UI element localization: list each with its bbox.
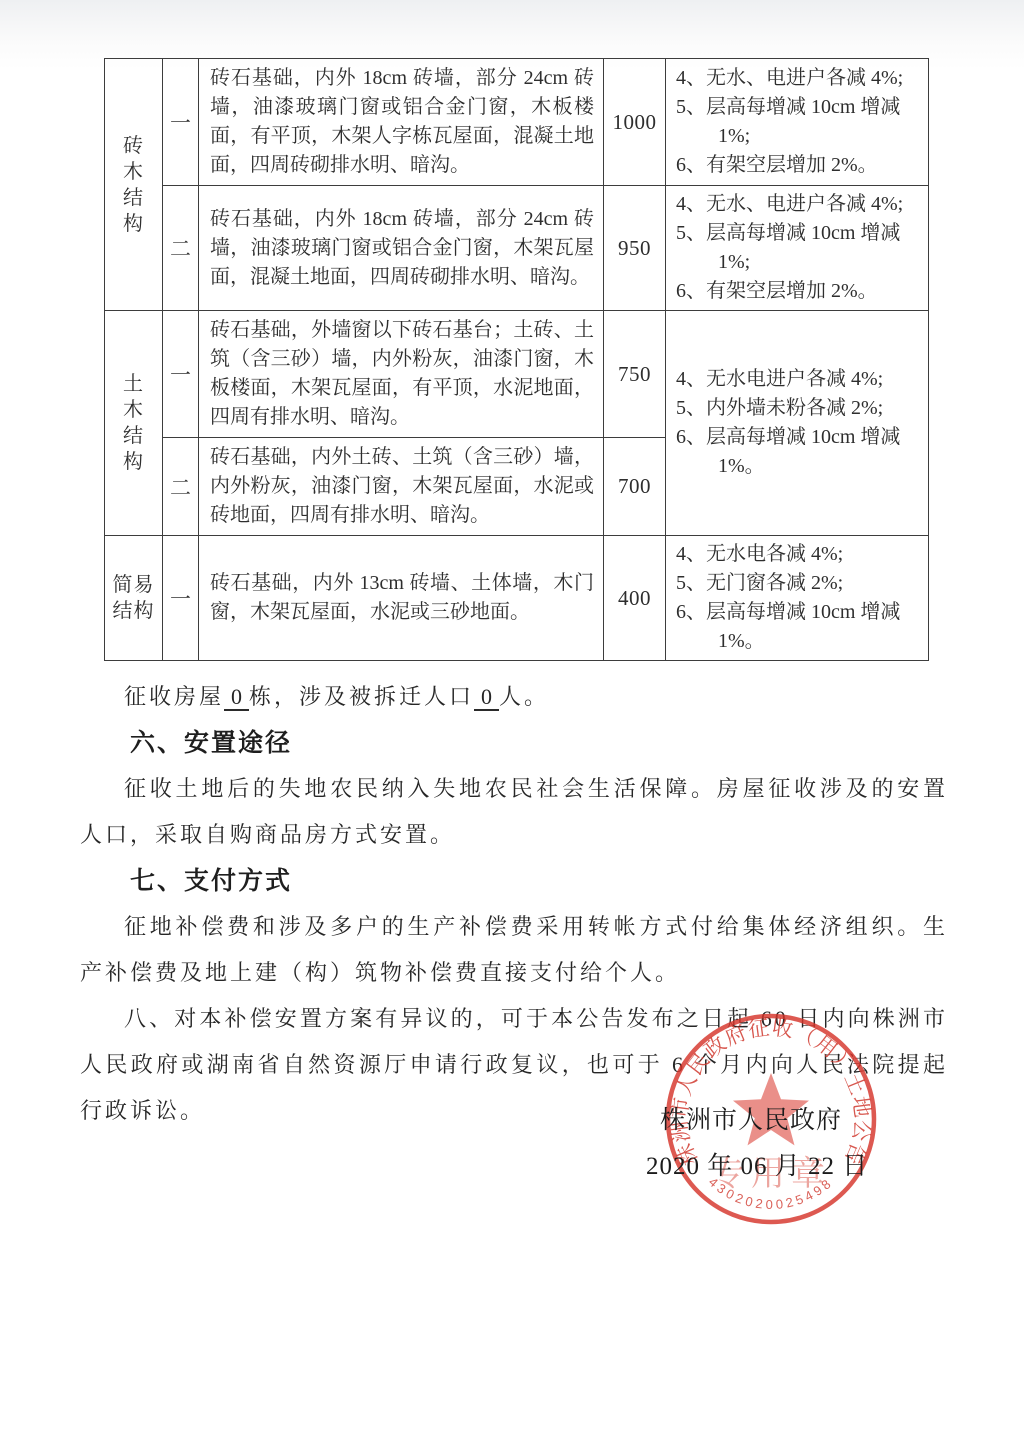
notes-cell: 4、无水电各减 4%; 5、无门窗各减 2%; 6、层高每增减 10cm 增减 … (666, 536, 929, 661)
people-count: 0 (474, 684, 499, 711)
section-seven-paragraph: 征地补偿费和涉及多户的生产补偿费采用转帐方式付给集体经济组织。生产补偿费及地上建… (80, 904, 948, 996)
note-item: 4、无水电各减 4%; (676, 540, 922, 569)
section-six-heading: 六、安置途径 (80, 720, 948, 766)
note-item: 4、无水、电进户各减 4%; (676, 64, 922, 93)
grade-cell: 二 (163, 186, 199, 311)
grade-cell: 一 (163, 59, 199, 186)
document-page: 砖木结构 一 砖石基础，内外 18cm 砖墙，部分 24cm 砖墙，油漆玻璃门窗… (0, 0, 1024, 1456)
grade-cell: 一 (163, 536, 199, 661)
structure-type-label: 砖木结构 (123, 133, 145, 237)
structure-type-cell: 简易结构 (105, 536, 163, 661)
structure-type-cell: 土木结构 (105, 311, 163, 536)
signature-date: 2020 年 06 月 22 日 (646, 1146, 868, 1182)
buildings-count: 0 (224, 684, 249, 711)
note-item: 6、有架空层增加 2%。 (676, 277, 922, 306)
summary-middle: 栋，涉及被拆迁人口 (249, 684, 474, 709)
description-cell: 砖石基础，外墙窗以下砖石基台；土砖、土筑（含三砂）墙，内外粉灰，油漆门窗，木板楼… (199, 311, 604, 438)
price-cell: 400 (604, 536, 666, 661)
table-row: 简易结构 一 砖石基础，内外 13cm 砖墙、土体墙，木门窗，木架瓦屋面，水泥或… (105, 536, 929, 661)
structure-type-label: 简易结构 (111, 572, 157, 624)
description-cell: 砖石基础，内外 18cm 砖墙，部分 24cm 砖墙，油漆玻璃门窗或铝合金门窗，… (199, 186, 604, 311)
description-cell: 砖石基础，内外土砖、土筑（含三砂）墙，内外粉灰，油漆门窗，木架瓦屋面，水泥或砖地… (199, 438, 604, 536)
table-row: 土木结构 一 砖石基础，外墙窗以下砖石基台；土砖、土筑（含三砂）墙，内外粉灰，油… (105, 311, 929, 438)
section-seven-heading: 七、支付方式 (80, 858, 948, 904)
table-row: 砖木结构 一 砖石基础，内外 18cm 砖墙，部分 24cm 砖墙，油漆玻璃门窗… (105, 59, 929, 186)
note-item: 5、层高每增减 10cm 增减 1%; (676, 93, 922, 151)
signature-issuer: 株洲市人民政府 (660, 1100, 842, 1136)
structure-type-cell: 砖木结构 (105, 59, 163, 311)
note-item: 6、层高每增减 10cm 增减 1%。 (676, 598, 922, 656)
structure-type-label: 土木结构 (123, 371, 145, 475)
description-cell: 砖石基础，内外 13cm 砖墙、土体墙，木门窗，木架瓦屋面，水泥或三砂地面。 (199, 536, 604, 661)
description-cell: 砖石基础，内外 18cm 砖墙，部分 24cm 砖墙，油漆玻璃门窗或铝合金门窗，… (199, 59, 604, 186)
notes-cell: 4、无水、电进户各减 4%; 5、层高每增减 10cm 增减 1%; 6、有架空… (666, 186, 929, 311)
note-item: 4、无水、电进户各减 4%; (676, 190, 922, 219)
summary-prefix: 征收房屋 (124, 684, 224, 709)
note-item: 5、无门窗各减 2%; (676, 569, 922, 598)
price-cell: 1000 (604, 59, 666, 186)
note-item: 6、层高每增减 10cm 增减 1%。 (676, 423, 922, 481)
grade-cell: 二 (163, 438, 199, 536)
compensation-standards-table: 砖木结构 一 砖石基础，内外 18cm 砖墙，部分 24cm 砖墙，油漆玻璃门窗… (104, 58, 929, 661)
table-row: 二 砖石基础，内外 18cm 砖墙，部分 24cm 砖墙，油漆玻璃门窗或铝合金门… (105, 186, 929, 311)
price-cell: 750 (604, 311, 666, 438)
grade-cell: 一 (163, 311, 199, 438)
note-item: 5、层高每增减 10cm 增减 1%; (676, 219, 922, 277)
summary-suffix: 人。 (499, 684, 549, 709)
note-item: 5、内外墙未粉各减 2%; (676, 394, 922, 423)
housing-summary-line: 征收房屋0栋，涉及被拆迁人口0人。 (80, 674, 948, 720)
note-item: 6、有架空层增加 2%。 (676, 151, 922, 180)
note-item: 4、无水电进户各减 4%; (676, 365, 922, 394)
document-content: 砖木结构 一 砖石基础，内外 18cm 砖墙，部分 24cm 砖墙，油漆玻璃门窗… (0, 0, 1024, 1134)
price-cell: 700 (604, 438, 666, 536)
notes-cell: 4、无水、电进户各减 4%; 5、层高每增减 10cm 增减 1%; 6、有架空… (666, 59, 929, 186)
notes-cell: 4、无水电进户各减 4%; 5、内外墙未粉各减 2%; 6、层高每增减 10cm… (666, 311, 929, 536)
price-cell: 950 (604, 186, 666, 311)
section-six-paragraph: 征收土地后的失地农民纳入失地农民社会生活保障。房屋征收涉及的安置人口，采取自购商… (80, 766, 948, 858)
